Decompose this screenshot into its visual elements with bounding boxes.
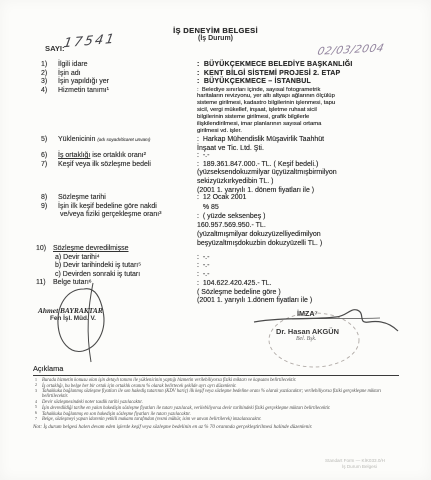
imza-label: İMZA⁷ xyxy=(297,309,318,318)
field-value: : -.- xyxy=(197,254,209,263)
field-label: İş ortaklığı ise ortaklık oranı² xyxy=(58,152,146,161)
field-value: : BÜYÜKÇEKMECE – İSTANBUL xyxy=(197,78,311,87)
footnote-number: 1 xyxy=(35,378,37,383)
left-signatory-name: Ahmet BAYRAKTAR xyxy=(38,306,103,315)
item-number: 1) xyxy=(41,61,47,68)
field-label-note: (adı soyadı/ticaret unvanı) xyxy=(97,137,150,142)
field-value: % 85 : ( yüzde seksenbeş ) 160.957.569.9… xyxy=(197,203,322,248)
left-signature-scribble xyxy=(48,280,122,366)
footnote: 6Tahakkuka bağlanmış en son hakedişin sö… xyxy=(33,412,399,417)
item-number: 5) xyxy=(41,136,47,143)
field-label: İlgili idare xyxy=(58,61,88,70)
footnote-number: 4 xyxy=(35,400,37,405)
item-number: 2) xyxy=(41,70,47,77)
left-signatory-title: Fen İşl. Müd. V. xyxy=(50,315,96,322)
footnote-number: 6 xyxy=(35,411,37,416)
footnote-text: İş ortaklığı, bu belge her bir ortak içi… xyxy=(42,384,237,389)
footnote: 1Burada hizmetin konusu olan işin detayl… xyxy=(33,378,399,383)
field-value: : BÜYÜKÇEKMECE BELEDİYE BAŞKANLIĞI xyxy=(197,61,353,70)
handwritten-document-number: 17541 xyxy=(62,32,117,51)
field-label-text: Yüklenicinin xyxy=(58,136,97,143)
item-number: 11) xyxy=(36,279,46,286)
field-label: b) Devir tarihindeki iş tutarı⁵ xyxy=(55,262,141,271)
footnote: 3Tahakkuka bağlanmış sözleşme fiyatları … xyxy=(33,389,399,399)
footnote-number: 5 xyxy=(35,405,37,410)
field-label: Keşif veya ilk sözleşme bedeli xyxy=(58,161,151,170)
field-value: : -.- xyxy=(197,152,209,161)
field-label: İşin ilk keşif bedeline göre nakdi ve/ve… xyxy=(58,203,161,220)
field-label: a) Devir tarihi⁴ xyxy=(55,254,100,263)
footnote: 7Belge, sözleşmeyi yapan idarenin yetkil… xyxy=(33,417,399,422)
document-title: İŞ DENEYİM BELGESİ xyxy=(0,26,431,35)
footnote-text: Belge, sözleşmeyi yapan idarenin yetkili… xyxy=(42,417,262,422)
standard-form-name: İş Durum Belgesi xyxy=(325,464,377,470)
footnote-number: 7 xyxy=(35,417,37,422)
item-number: 8) xyxy=(41,194,47,201)
field-label: Sözleşme tarihi xyxy=(58,194,106,203)
field-value: : -.- xyxy=(197,262,209,271)
footnote-number: 3 xyxy=(35,389,37,394)
footnote-text: Tahakkuka bağlanmış sözleşme fiyatları i… xyxy=(42,389,381,399)
field-label-underlined: İş ortaklığı xyxy=(58,152,90,159)
footnote-text: Burada hizmetin konusu olan işin detaylı… xyxy=(42,378,296,383)
item-number: 9) xyxy=(41,203,47,210)
handwritten-date: 02/03/2004 xyxy=(316,42,385,57)
field-label-rest: ise ortaklık oranı² xyxy=(90,152,146,159)
field-label: İşin adı xyxy=(58,70,81,79)
field-label: Hizmetin tanımı¹ xyxy=(58,87,109,96)
footnote-text: Tahakkuka bağlanmış en son hakedişin söz… xyxy=(42,412,191,417)
footnote: 5İşin devredildiği tarihe en yakın haked… xyxy=(33,406,399,411)
field-value: : 104.622.420.425.- TL. ( Sözleşme bedel… xyxy=(197,280,312,306)
field-value: : 189.361.847.000.- TL. ( Keşif bedeli.)… xyxy=(197,161,337,196)
footnote-number: 2 xyxy=(35,383,37,388)
field-value: : Belediye sınırları içinde, sayısal fot… xyxy=(197,87,335,135)
field-label: Yüklenicinin (adı soyadı/ticaret unvanı) xyxy=(58,136,150,145)
field-value: : KENT BİLGİ SİSTEMİ PROJESİ 2. ETAP xyxy=(197,70,340,79)
field-value: : -.- xyxy=(197,271,209,280)
right-signatory-name: Dr. Hasan AKGÜN xyxy=(276,327,339,336)
item-number: 4) xyxy=(41,87,47,94)
standard-form-footer: Standart Form — KİK033.0/H İş Durum Belg… xyxy=(325,458,385,470)
item-number: 3) xyxy=(41,78,47,85)
explanations-section: Açıklama 1Burada hizmetin konusu olan iş… xyxy=(33,364,399,430)
footnote-text: İşin devredildiği tarihe en yakın hakedi… xyxy=(42,406,330,411)
field-value: : Harkap Mühendislik Müşavirlik Taahhüt … xyxy=(197,136,324,153)
field-label: Sözleşme devredilmişse xyxy=(53,245,128,254)
item-number: 7) xyxy=(41,161,47,168)
scanned-work-experience-certificate: İŞ DENEYİM BELGESİ (İş Durum) SAYI: 1754… xyxy=(0,0,431,480)
explanations-heading: Açıklama xyxy=(33,364,399,376)
item-number: 10) xyxy=(36,245,46,252)
footnote-text: Devir sözleşmesindeki noter tasdik tarih… xyxy=(42,400,143,405)
footnote: 2İş ortaklığı, bu belge her bir ortak iç… xyxy=(33,384,399,389)
field-label: İşin yapıldığı yer xyxy=(58,78,109,87)
right-signatory-title: Bel. Bşk. xyxy=(296,336,316,342)
footnote: 4Devir sözleşmesindeki noter tasdik tari… xyxy=(33,400,399,405)
note-paragraph: Not: İş durum belgesi halen devam eden i… xyxy=(33,425,399,431)
field-value: : 12 Ocak 2001 xyxy=(197,194,246,203)
item-number: 6) xyxy=(41,152,47,159)
